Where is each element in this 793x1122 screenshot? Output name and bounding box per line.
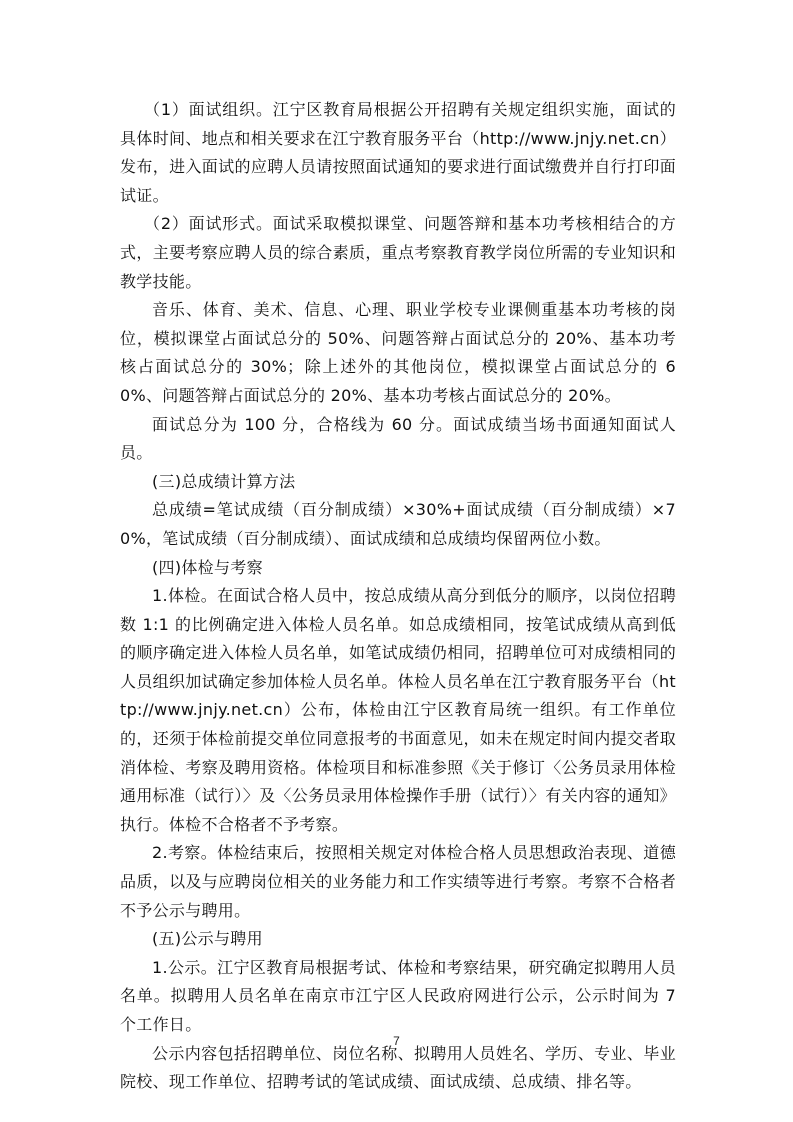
paragraph-total-score-formula: 总成绩=笔试成绩（百分制成绩）×30%+面试成绩（百分制成绩）×70%，笔试成绩… <box>120 496 676 553</box>
paragraph-interview-weights: 音乐、体育、美术、信息、心理、职业学校专业课侧重基本功考核的岗位，模拟课堂占面试… <box>120 296 676 410</box>
section-heading-medical-investigation: (四)体检与考察 <box>120 554 676 583</box>
paragraph-publicity: 1.公示。江宁区教育局根据考试、体检和考察结果，研究确定拟聘用人员名单。拟聘用人… <box>120 954 676 1040</box>
paragraph-interview-score: 面试总分为 100 分，合格线为 60 分。面试成绩当场书面通知面试人员。 <box>120 411 676 468</box>
section-heading-total-score: (三)总成绩计算方法 <box>120 468 676 497</box>
paragraph-interview-organization: （1）面试组织。江宁区教育局根据公开招聘有关规定组织实施，面试的具体时间、地点和… <box>120 96 676 210</box>
paragraph-investigation: 2.考察。体检结束后，按照相关规定对体检合格人员思想政治表现、道德品质，以及与应… <box>120 839 676 925</box>
paragraph-medical-exam: 1.体检。在面试合格人员中，按总成绩从高分到低分的顺序，以岗位招聘数 1:1 的… <box>120 582 676 839</box>
section-heading-publicity-hiring: (五)公示与聘用 <box>120 925 676 954</box>
paragraph-interview-format: （2）面试形式。面试采取模拟课堂、问题答辩和基本功考核相结合的方式，主要考察应聘… <box>120 210 676 296</box>
paragraph-publicity-content: 公示内容包括招聘单位、岗位名称、拟聘用人员姓名、学历、专业、毕业院校、现工作单位… <box>120 1040 676 1097</box>
document-page: （1）面试组织。江宁区教育局根据公开招聘有关规定组织实施，面试的具体时间、地点和… <box>120 96 676 1097</box>
page-number: 7 <box>0 1034 793 1048</box>
